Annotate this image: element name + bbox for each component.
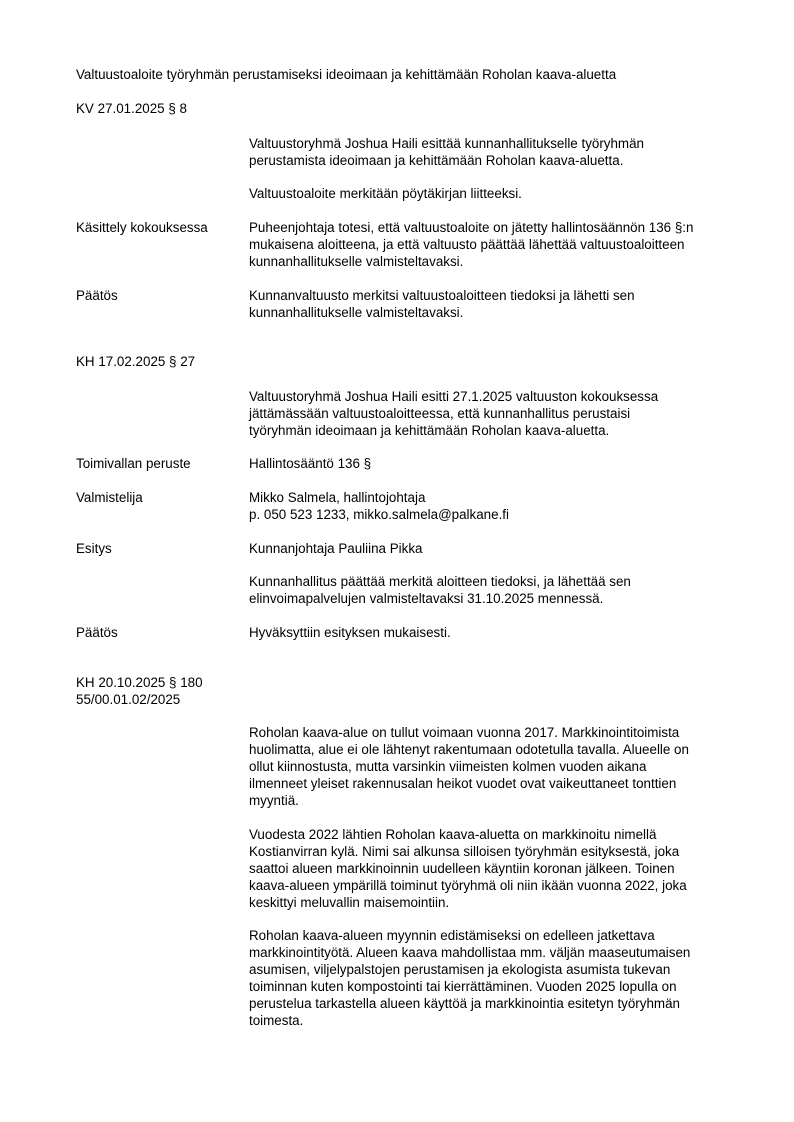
section-heading-kh-1: KH 17.02.2025 § 27 xyxy=(76,353,195,370)
section-heading-kh-2: KH 20.10.2025 § 180 55/00.01.02/2025 xyxy=(76,674,203,708)
row-text-paatos-kh1: Hyväksyttiin esityksen mukaisesti. xyxy=(249,624,749,641)
kh1-paragraph-1: Valtuustoryhmä Joshua Haili esitti 27.1.… xyxy=(249,388,749,439)
kv-paragraph-1: Valtuustoryhmä Joshua Haili esittää kunn… xyxy=(249,135,749,169)
kh2-paragraph-3: Roholan kaava-alueen myynnin edistämisek… xyxy=(249,927,749,1029)
kv-paragraph-2: Valtuustoaloite merkitään pöytäkirjan li… xyxy=(249,185,749,202)
section-heading-kv: KV 27.01.2025 § 8 xyxy=(76,100,187,117)
row-text-valmistelija: Mikko Salmela, hallintojohtaja p. 050 52… xyxy=(249,489,749,523)
kh2-paragraph-2: Vuodesta 2022 lähtien Roholan kaava-alue… xyxy=(249,826,749,911)
document-title: Valtuustoaloite työryhmän perustamiseksi… xyxy=(76,66,616,83)
row-label-toimivallan-peruste: Toimivallan peruste xyxy=(76,455,191,472)
row-text-paatos-kv: Kunnanvaltuusto merkitsi valtuustoaloitt… xyxy=(249,287,749,321)
row-text-esitys-proposal: Kunnanhallitus päättää merkitä aloitteen… xyxy=(249,573,749,607)
kh2-paragraph-1: Roholan kaava-alue on tullut voimaan vuo… xyxy=(249,724,749,809)
row-label-paatos-kh1: Päätös xyxy=(76,624,118,641)
row-text-esitys: Kunnanjohtaja Pauliina Pikka xyxy=(249,540,749,557)
row-label-kasittely: Käsittely kokouksessa xyxy=(76,219,208,236)
row-label-paatos-kv: Päätös xyxy=(76,287,118,304)
row-label-valmistelija: Valmistelija xyxy=(76,489,143,506)
row-text-toimivallan-peruste: Hallintosääntö 136 § xyxy=(249,455,749,472)
row-label-esitys: Esitys xyxy=(76,540,112,557)
row-text-kasittely: Puheenjohtaja totesi, että valtuustoaloi… xyxy=(249,219,769,270)
